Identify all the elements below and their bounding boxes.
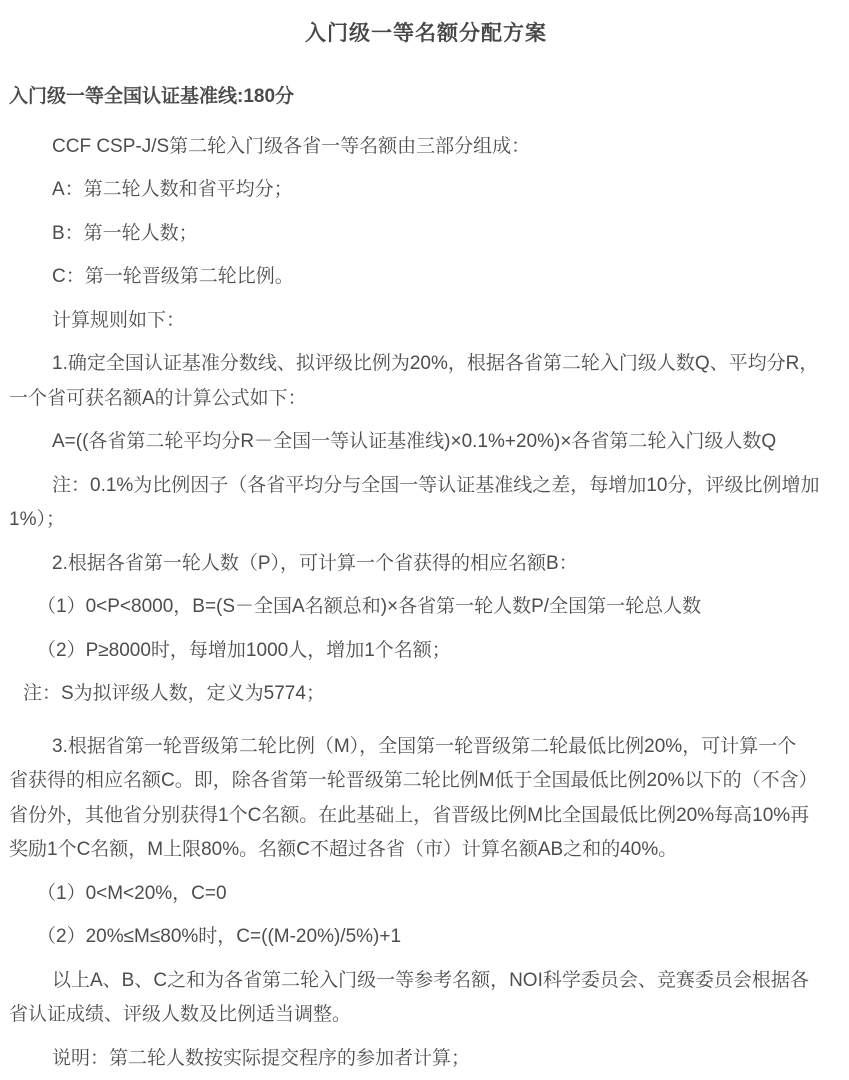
- line-rule3-part4: 奖励1个C名额，M上限80%。名额C不超过各省（市）计算名额AB之和的40%。: [9, 833, 843, 868]
- line-rule1-part1: 1.确定全国认证基准分数线、拟评级比例为20%，根据各省第二轮入门级人数Q、平均…: [9, 347, 843, 382]
- line-formula-a: A=((各省第二轮平均分R－全国一等认证基准线)×0.1%+20%)×各省第二轮…: [9, 425, 843, 460]
- line-rule1-part2: 一个省可获名额A的计算公式如下：: [9, 382, 843, 417]
- line-summary-part1: 以上A、B、C之和为各省第二轮入门级一等参考名额，NOI科学委员会、竞赛委员会根…: [9, 964, 843, 999]
- line-note-final: 说明：第二轮人数按实际提交程序的参加者计算；: [9, 1042, 843, 1077]
- line-rule3-part3: 省份外，其他省分别获得1个C名额。在此基础上，省晋级比例M比全国最低比例20%每…: [9, 799, 843, 834]
- baseline-heading: 入门级一等全国认证基准线:180分: [9, 80, 843, 115]
- line-component-a: A：第二轮人数和省平均分；: [9, 173, 843, 208]
- line-note-ratio-part2: 1%）；: [9, 503, 843, 538]
- line-summary-part2: 省认证成绩、评级人数及比例适当调整。: [9, 998, 843, 1033]
- line-note-ratio-part1: 注：0.1%为比例因子（各省平均分与全国一等认证基准线之差，每增加10分，评级比…: [9, 469, 843, 504]
- line-rule2-case1: （1）0<P<8000，B=(S－全国A名额总和)×各省第一轮人数P/全国第一轮…: [9, 590, 843, 625]
- line-rule2-case2: （2）P≥8000时，每增加1000人，增加1个名额；: [9, 634, 843, 669]
- line-component-c: C：第一轮晋级第二轮比例。: [9, 260, 843, 295]
- line-note-s: 注：S为拟评级人数，定义为5774；: [9, 677, 843, 712]
- line-rule3-case1: （1）0<M<20%，C=0: [9, 877, 843, 912]
- line-intro: CCF CSP-J/S第二轮入门级各省一等名额由三部分组成：: [9, 130, 843, 165]
- line-rule2: 2.根据各省第一轮人数（P），可计算一个省获得的相应名额B：: [9, 547, 843, 582]
- document-page: 入门级一等名额分配方案 入门级一等全国认证基准线:180分 CCF CSP-J/…: [0, 20, 849, 1076]
- line-rule3-part1: 3.根据省第一轮晋级第二轮比例（M），全国第一轮晋级第二轮最低比例20%，可计算…: [9, 730, 843, 765]
- line-calc-rules-heading: 计算规则如下：: [9, 304, 843, 339]
- document-title: 入门级一等名额分配方案: [9, 20, 843, 48]
- line-component-b: B：第一轮人数；: [9, 217, 843, 252]
- line-rule3-case2: （2）20%≤M≤80%时，C=((M-20%)/5%)+1: [9, 920, 843, 955]
- line-rule3-part2: 省获得的相应名额C。即，除各省第一轮晋级第二轮比例M低于全国最低比例20%以下的…: [9, 764, 843, 799]
